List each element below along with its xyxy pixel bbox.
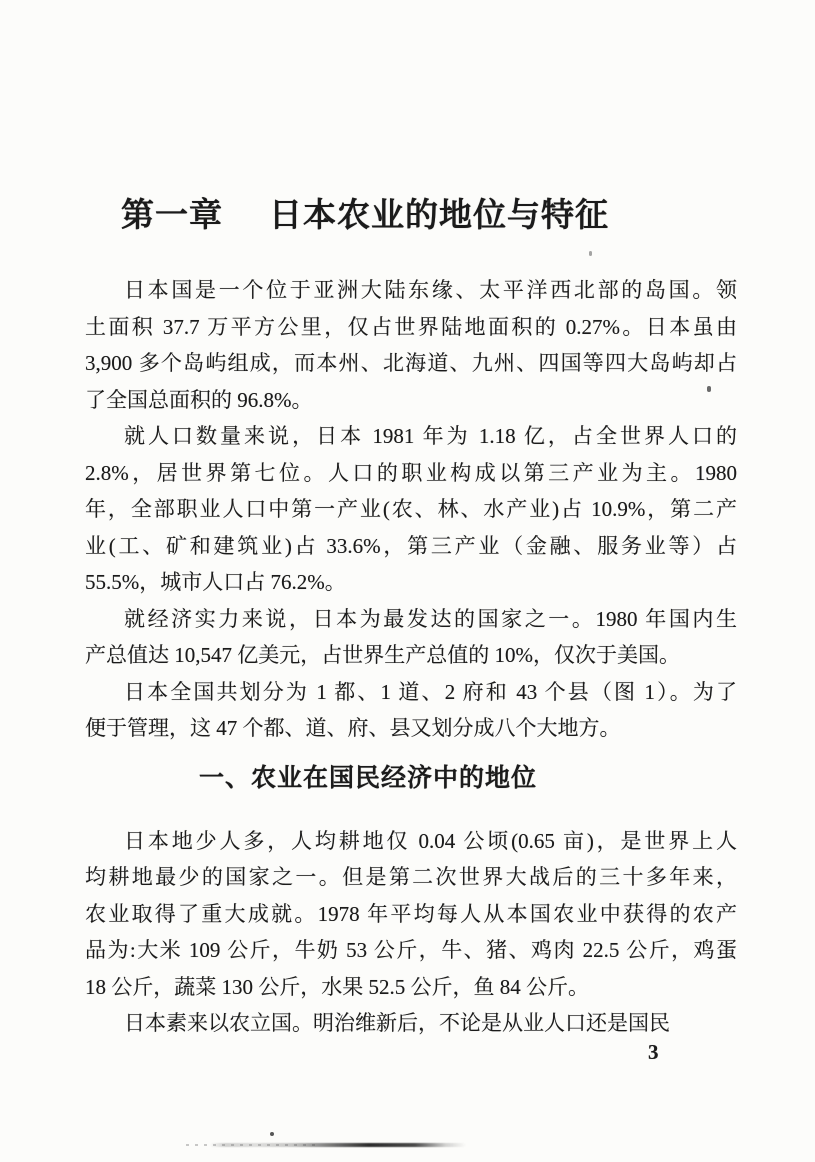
scan-smudge-artifact (210, 1143, 466, 1147)
paragraph: 日本全国共划分为 1 都、1 道、2 府和 43 个县（图 1）。为了便于管理，… (85, 674, 737, 747)
text-line: 便于管理，这 47 个都、道、府、县又划分成八个大地方。 (85, 710, 737, 747)
paragraph: 日本地少人多，人均耕地仅 0.04 公顷(0.65 亩)，是世界上人均耕地最少的… (85, 823, 737, 1006)
text-line: 农业取得了重大成就。1978 年平均每人从本国农业中获得的农产 (85, 896, 737, 933)
scan-speck-artifact (707, 386, 711, 392)
paragraph: 就经济实力来说，日本为最发达的国家之一。1980 年国内生产总值达 10,547… (85, 601, 737, 674)
text-line: 就人口数量来说，日本 1981 年为 1.18 亿，占全世界人口的 (85, 418, 737, 455)
chapter-title-text: 日本农业的地位与特征 (269, 195, 609, 234)
text-column: 第一章日本农业的地位与特征 日本国是一个位于亚洲大陆东缘、太平洋西北部的岛国。领… (85, 0, 737, 1042)
text-line: 了全国总面积的 96.8%。 (85, 382, 737, 419)
text-line: 18 公斤，蔬菜 130 公斤，水果 52.5 公斤，鱼 84 公斤。 (85, 969, 737, 1006)
text-line: 日本国是一个位于亚洲大陆东缘、太平洋西北部的岛国。领 (85, 272, 737, 309)
text-line: 土面积 37.7 万平方公里，仅占世界陆地面积的 0.27%。日本虽由 (85, 309, 737, 346)
text-line: 年，全部职业人口中第一产业(农、林、水产业)占 10.9%，第二产 (85, 491, 737, 528)
section-paragraphs: 日本地少人多，人均耕地仅 0.04 公顷(0.65 亩)，是世界上人均耕地最少的… (85, 823, 737, 1042)
section-heading: 一、农业在国民经济中的地位 (42, 761, 694, 795)
text-line: 品为:大米 109 公斤，牛奶 53 公斤，牛、猪、鸡肉 22.5 公斤，鸡蛋 (85, 932, 737, 969)
text-line: 3,900 多个岛屿组成，而本州、北海道、九州、四国等四大岛屿却占 (85, 345, 737, 382)
paragraph: 日本国是一个位于亚洲大陆东缘、太平洋西北部的岛国。领土面积 37.7 万平方公里… (85, 272, 737, 418)
text-line: 日本素来以农立国。明治维新后，不论是从业人口还是国民 (85, 1005, 737, 1042)
text-line: 产总值达 10,547 亿美元，占世界生产总值的 10%，仅次于美国。 (85, 637, 737, 674)
paragraph: 日本素来以农立国。明治维新后，不论是从业人口还是国民 (85, 1005, 737, 1042)
text-line: 就经济实力来说，日本为最发达的国家之一。1980 年国内生 (85, 601, 737, 638)
intro-paragraphs: 日本国是一个位于亚洲大陆东缘、太平洋西北部的岛国。领土面积 37.7 万平方公里… (85, 272, 737, 747)
text-line: 日本全国共划分为 1 都、1 道、2 府和 43 个县（图 1）。为了 (85, 674, 737, 711)
chapter-label: 第一章 (121, 195, 223, 234)
scan-speck-artifact (214, 547, 217, 550)
scan-speck-artifact (589, 251, 592, 256)
chapter-title: 第一章日本农业的地位与特征 (39, 192, 691, 238)
text-line: 2.8%，居世界第七位。人口的职业构成以第三产业为主。1980 (85, 455, 737, 492)
paragraph: 就人口数量来说，日本 1981 年为 1.18 亿，占全世界人口的2.8%，居世… (85, 418, 737, 601)
text-line: 日本地少人多，人均耕地仅 0.04 公顷(0.65 亩)，是世界上人 (85, 823, 737, 860)
page-number: 3 (648, 1040, 659, 1065)
scan-speck-artifact (270, 1132, 274, 1136)
text-line: 均耕地最少的国家之一。但是第二次世界大战后的三十多年来， (85, 859, 737, 896)
text-line: 55.5%，城市人口占 76.2%。 (85, 564, 737, 601)
scanned-book-page: 第一章日本农业的地位与特征 日本国是一个位于亚洲大陆东缘、太平洋西北部的岛国。领… (0, 0, 815, 1162)
text-line: 业(工、矿和建筑业)占 33.6%，第三产业（金融、服务业等）占 (85, 528, 737, 565)
